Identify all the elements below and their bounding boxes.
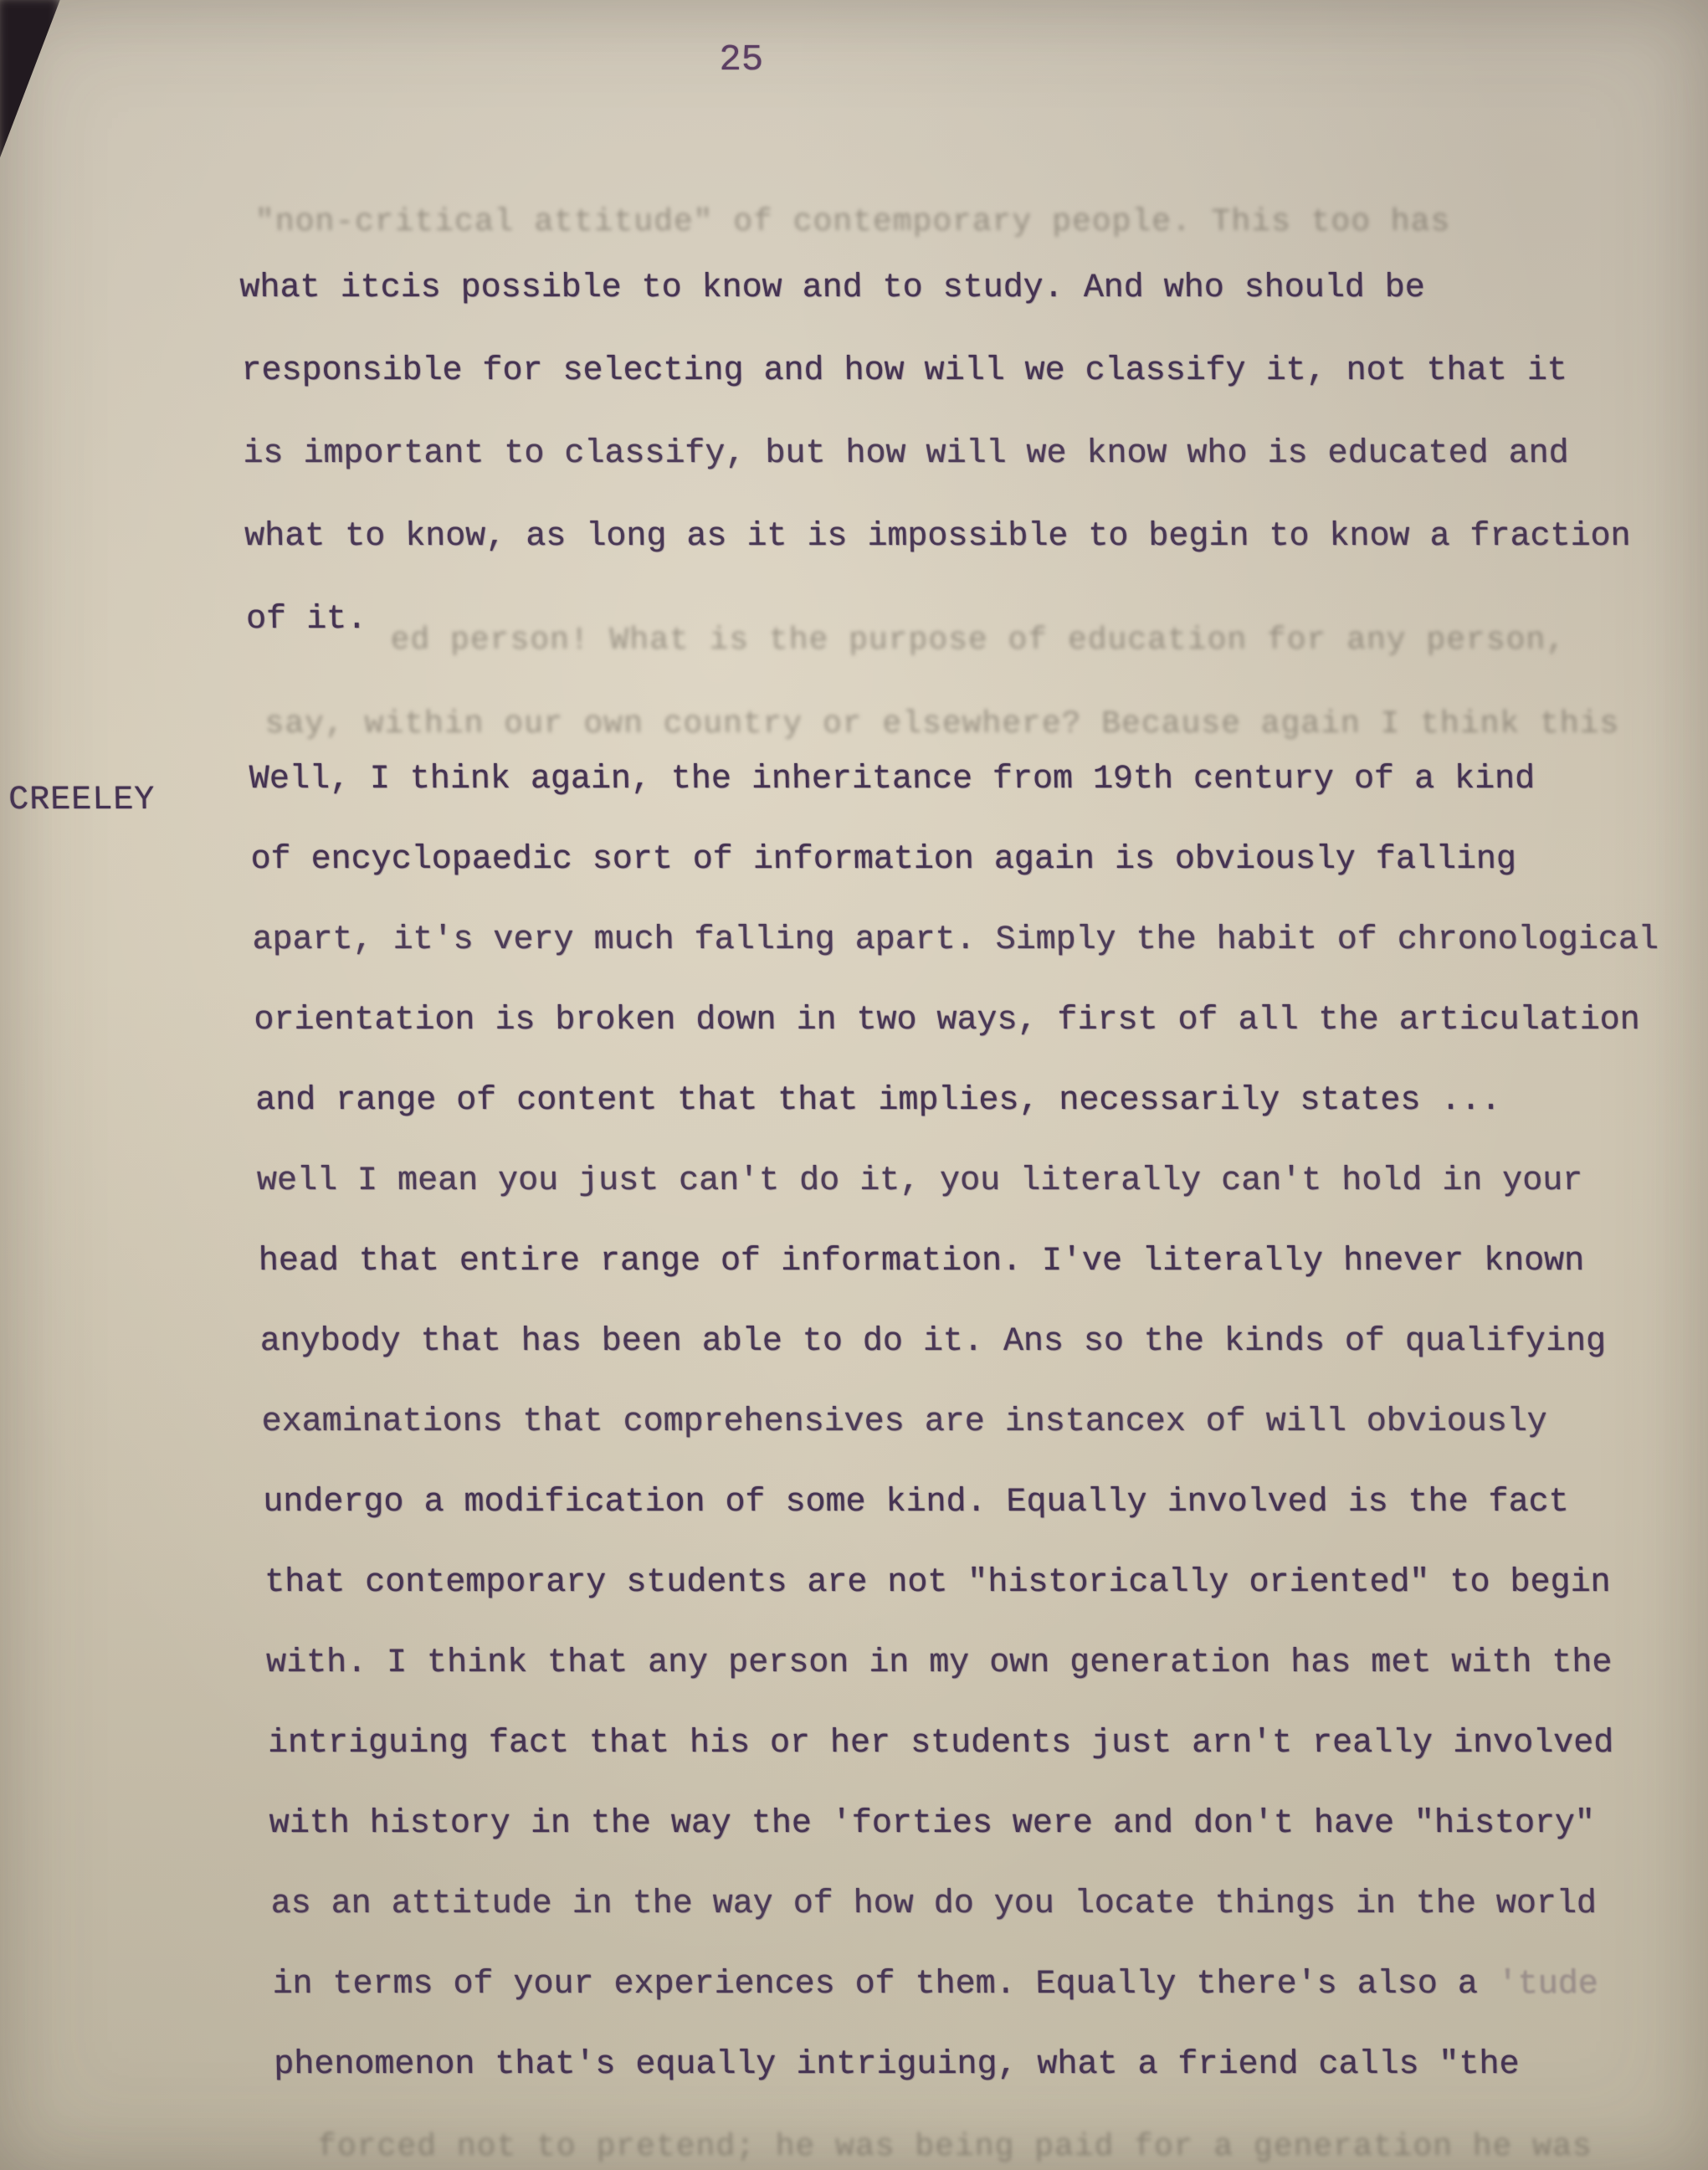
typed-line: of it. <box>246 600 367 640</box>
typed-line: is important to classify, but how will w… <box>243 434 1569 475</box>
typed-line: what itcis possible to know and to study… <box>239 269 1425 309</box>
bleedthrough-ghost-line: ed person! What is the purpose of educat… <box>390 622 1566 660</box>
bleedthrough-ghost-line: say, within our own country or elsewhere… <box>264 705 1620 744</box>
faded-typed-fragment: 'tude <box>1477 1966 1598 2003</box>
page-number: 25 <box>719 38 764 82</box>
typed-line: intriguing fact that his or her students… <box>268 1724 1614 1764</box>
typed-line: undergo a modification of some kind. Equ… <box>263 1483 1569 1523</box>
typed-line: with. I think that any person in my own … <box>266 1644 1613 1684</box>
bleedthrough-ghost-line: forced not to pretend; he was being paid… <box>317 2128 1593 2167</box>
typed-line: apart, it's very much falling apart. Sim… <box>252 921 1659 961</box>
typed-line: phenomenon that's equally intriguing, wh… <box>274 2045 1520 2085</box>
typed-line: responsible for selecting and how will w… <box>241 351 1567 392</box>
speaker-label: CREELEY <box>8 781 156 821</box>
bleedthrough-ghost-line: "non-critical attitude" of contemporary … <box>255 203 1451 242</box>
typed-line: orientation is broken down in two ways, … <box>254 1001 1640 1041</box>
typed-line: as an attitude in the way of how do you … <box>270 1885 1597 1925</box>
typed-line: head that entire range of information. I… <box>258 1242 1584 1282</box>
typed-line: and range of content that that implies, … <box>255 1081 1501 1121</box>
typed-line: that contemporary students are not "hist… <box>264 1563 1611 1603</box>
typed-line: in terms of your experiences of them. Eq… <box>272 1965 1598 2005</box>
typed-line: examinations that comprehensives are ins… <box>261 1403 1547 1443</box>
typed-line: anybody that has been able to do it. Ans… <box>259 1322 1606 1362</box>
typed-line: with history in the way the 'forties wer… <box>269 1804 1595 1844</box>
typed-content: 25 "non-critical attitude" of contempora… <box>0 0 1708 2170</box>
typed-line: well I mean you just can't do it, you li… <box>257 1162 1583 1202</box>
typewritten-transcript-photo: 25 "non-critical attitude" of contempora… <box>0 0 1708 2170</box>
typed-line: of encyclopaedic sort of information aga… <box>250 840 1516 880</box>
typed-line: Well, I think again, the inheritance fro… <box>249 760 1535 800</box>
typed-line: what to know, as long as it is impossibl… <box>244 517 1631 557</box>
